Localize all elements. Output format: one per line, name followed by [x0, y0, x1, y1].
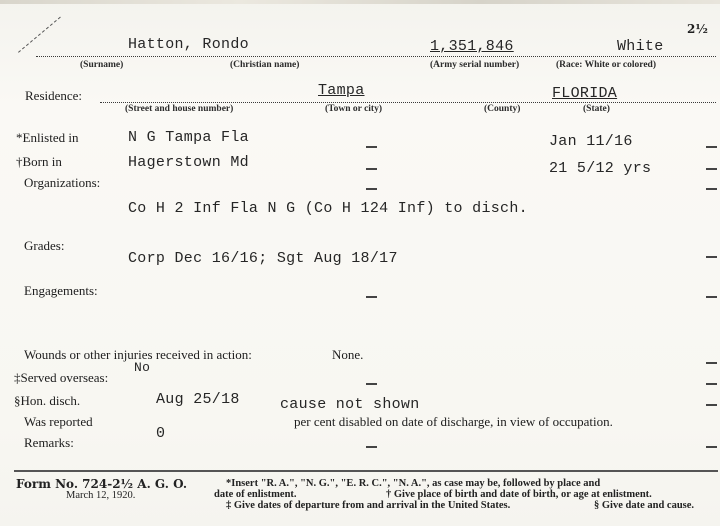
blank-dash — [366, 146, 377, 148]
hon-disch-label: §Hon. disch. — [14, 393, 80, 409]
organizations-value: Co H 2 Inf Fla N G (Co H 124 Inf) to dis… — [128, 200, 528, 217]
footnote-enlistment-date: date of enlistment. — [214, 489, 297, 500]
blank-dash — [706, 296, 717, 298]
wounds-value: None. — [332, 347, 363, 363]
blank-dash — [366, 446, 377, 448]
serial-number-value: 1,351,846 — [430, 38, 514, 55]
name-value: Hatton, Rondo — [128, 36, 249, 53]
born-label: †Born in — [16, 154, 62, 170]
blank-dash — [706, 446, 717, 448]
caption-state: (State) — [583, 104, 610, 114]
remarks-label: Remarks: — [24, 435, 74, 451]
blank-dash — [366, 296, 377, 298]
hon-disch-cause-value: cause not shown — [280, 396, 420, 413]
blank-dash — [706, 168, 717, 170]
blank-dash — [706, 188, 717, 190]
footnote-birth: † Give place of birth and date of birth,… — [386, 489, 652, 500]
caption-town: (Town or city) — [325, 104, 382, 114]
race-value: White — [617, 38, 664, 55]
residence-town-value: Tampa — [318, 82, 365, 99]
disabled-percent-value: 0 — [156, 425, 165, 442]
footnote-insert: *Insert "R. A.", "N. G.", "E. R. C.", "N… — [226, 478, 600, 489]
form-number: Form No. 724-2½ A. G. O. — [16, 477, 187, 491]
residence-line — [100, 102, 716, 103]
residence-state-value: FLORIDA — [552, 85, 617, 102]
caption-christian-name: (Christian name) — [230, 60, 299, 70]
grades-label: Grades: — [24, 238, 64, 254]
blank-dash — [706, 404, 717, 406]
served-overseas-label: ‡Served overseas: — [14, 370, 108, 386]
organizations-label: Organizations: — [24, 175, 100, 191]
caption-army-serial: (Army serial number) — [430, 60, 519, 70]
residence-label: Residence: — [25, 88, 82, 104]
caption-county: (County) — [484, 104, 520, 114]
born-age-value: 21 5/12 yrs — [549, 160, 651, 177]
blank-dash — [366, 168, 377, 170]
footnote-discharge: § Give date and cause. — [594, 500, 694, 511]
grades-value: Corp Dec 16/16; Sgt Aug 18/17 — [128, 250, 398, 267]
corner-mark: 2½ — [687, 22, 708, 36]
footnote-overseas: ‡ Give dates of departure from and arriv… — [226, 500, 510, 511]
blank-dash — [366, 383, 377, 385]
form-date: March 12, 1920. — [66, 490, 135, 501]
blank-dash — [706, 256, 717, 258]
enlisted-date-value: Jan 11/16 — [549, 133, 633, 150]
caption-street: (Street and house number) — [125, 104, 233, 114]
disabled-text: per cent disabled on date of discharge, … — [294, 414, 613, 430]
blank-dash — [706, 383, 717, 385]
pen-mark — [18, 17, 62, 55]
enlisted-label: *Enlisted in — [16, 130, 78, 146]
served-overseas-value: No — [134, 360, 150, 375]
engagements-label: Engagements: — [24, 283, 98, 299]
caption-race: (Race: White or colored) — [556, 60, 656, 70]
enlisted-place-value: N G Tampa Fla — [128, 129, 249, 146]
card-top-edge — [0, 0, 720, 4]
caption-surname: (Surname) — [80, 60, 123, 70]
blank-dash — [706, 146, 717, 148]
born-place-value: Hagerstown Md — [128, 154, 249, 171]
name-line — [36, 56, 716, 57]
hon-disch-date-value: Aug 25/18 — [156, 391, 240, 408]
service-record-card: 2½ Hatton, Rondo 1,351,846 White (Surnam… — [0, 0, 720, 526]
blank-dash — [706, 362, 717, 364]
was-reported-label: Was reported — [24, 414, 93, 430]
footer-rule — [14, 470, 718, 472]
blank-dash — [366, 188, 377, 190]
